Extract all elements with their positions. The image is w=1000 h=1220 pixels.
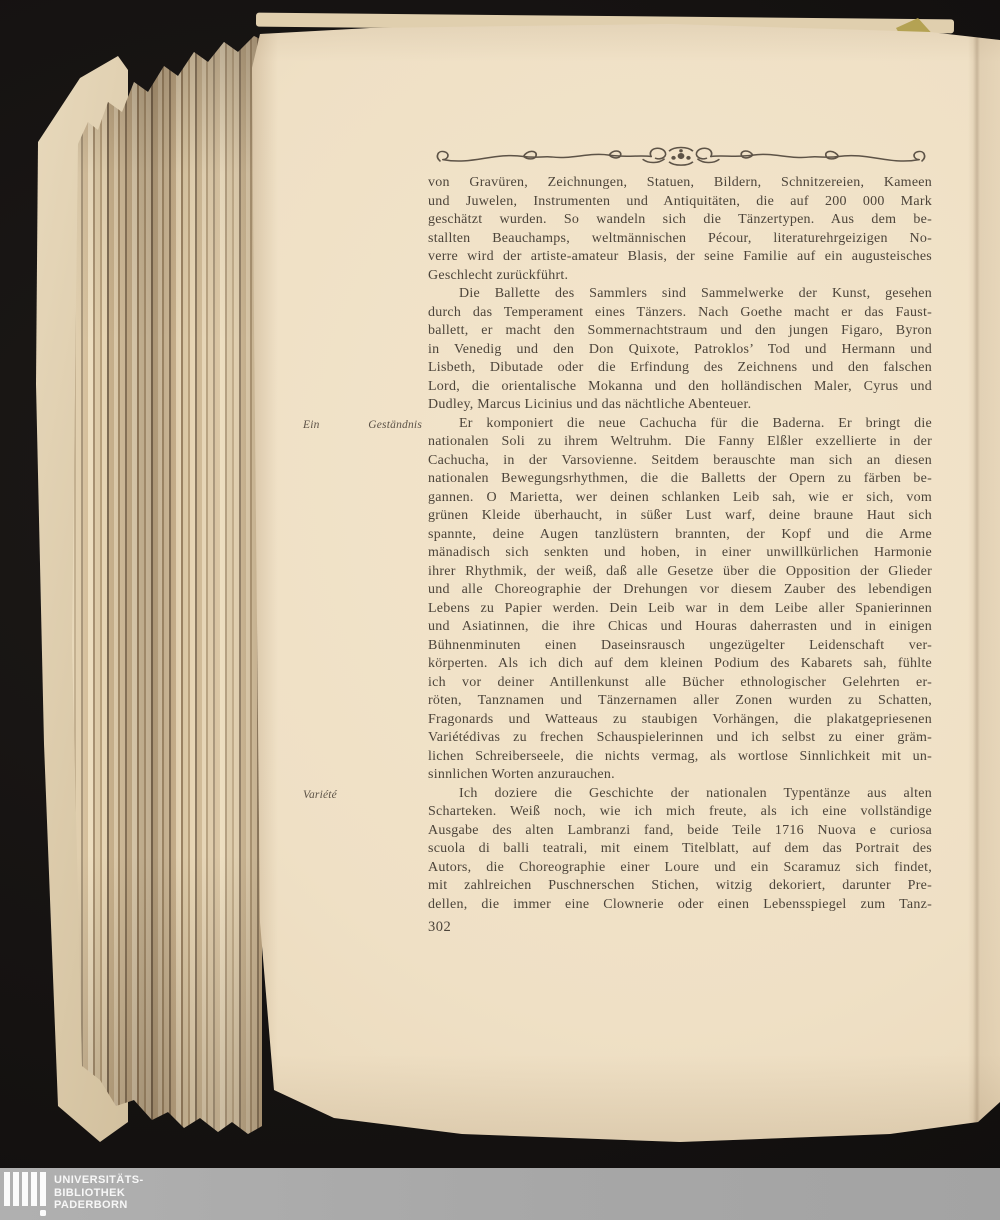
text-line: Lisbeth, Dibutade oder die Erfindung des… bbox=[428, 359, 932, 378]
text-line: lichen Schreiberseele, die nichts vermag… bbox=[428, 748, 932, 767]
text-line: Lord, die orientalische Mokanna und den … bbox=[428, 378, 932, 397]
text-line: ich vor deiner Antillenkunst alle Bücher… bbox=[428, 674, 932, 693]
paragraph: Er komponiert die neue Cachucha für die … bbox=[428, 415, 932, 785]
text-line: Variétédivas zu frechen Schauspielerinne… bbox=[428, 729, 932, 748]
text-line: durch das Temperament eines Tänzers. Nac… bbox=[428, 304, 932, 323]
logo-bar bbox=[13, 1172, 19, 1206]
text-line: und Juwelen, Instrumenten und Antiquität… bbox=[428, 193, 932, 212]
text-line: spannte, deine Augen tanzlüstern brannte… bbox=[428, 526, 932, 545]
text-line: Lebens zu Papier werden. Dein Leib war i… bbox=[428, 600, 932, 619]
text-line: ballett, er macht den Sommernachtstraum … bbox=[428, 322, 932, 341]
book-scan: von Gravüren, Zeichnungen, Statuen, Bild… bbox=[0, 0, 1000, 1220]
logo-bar bbox=[22, 1172, 28, 1206]
text-line: Geschlecht zurückführt. bbox=[428, 267, 932, 286]
text-line: Er komponiert die neue Cachucha für die … bbox=[428, 415, 932, 434]
text-line: Ich doziere die Geschichte der nationale… bbox=[428, 785, 932, 804]
text-line: scuola di balli teatrali, mit einem Tite… bbox=[428, 840, 932, 859]
text-line: verre wird der artiste-amateur Blasis, d… bbox=[428, 248, 932, 267]
margin-note: Ein Geständnis bbox=[272, 416, 422, 435]
text-line: sinnlichen Worten anzurauchen. bbox=[428, 766, 932, 785]
text-line: röten, Tanznamen und Tänzernamen aller Z… bbox=[428, 692, 932, 711]
paderborn-bars-icon bbox=[4, 1172, 50, 1218]
text-line: körperten. Als ich dich auf dem kleinen … bbox=[428, 655, 932, 674]
text-line: nationalen Bewegungsrhythmen, die die Ba… bbox=[428, 470, 932, 489]
text-line: Autors, die Choreographie einer Loure un… bbox=[428, 859, 932, 878]
library-banner: UNIVERSITÄTS- BIBLIOTHEK PADERBORN bbox=[0, 1168, 1000, 1220]
text-line: stallten Beauchamps, weltmännischen Péco… bbox=[428, 230, 932, 249]
book-page-edges bbox=[70, 24, 262, 1146]
paragraph: Ich doziere die Geschichte der nationale… bbox=[428, 785, 932, 915]
logo-bar bbox=[31, 1172, 37, 1206]
library-name-line: BIBLIOTHEK bbox=[54, 1187, 144, 1200]
logo-bar bbox=[4, 1172, 10, 1206]
text-line: geschätzt wurden. So wandeln sich die Tä… bbox=[428, 211, 932, 230]
head-flourish-ornament bbox=[432, 145, 930, 168]
book-page: von Gravüren, Zeichnungen, Statuen, Bild… bbox=[250, 22, 1000, 1144]
text-line: gannen. O Marietta, wer deinen schlanken… bbox=[428, 489, 932, 508]
paragraph: Die Ballette des Sammlers sind Sammelwer… bbox=[428, 285, 932, 415]
text-line: grünen Kleide überhaucht, in süßer Lust … bbox=[428, 507, 932, 526]
page-number: 302 bbox=[428, 919, 451, 936]
paragraph: von Gravüren, Zeichnungen, Statuen, Bild… bbox=[428, 174, 932, 285]
library-name-line: PADERBORN bbox=[54, 1199, 144, 1212]
text-line: Fragonards und Watteaus zu staubigen Vor… bbox=[428, 711, 932, 730]
text-line: Die Ballette des Sammlers sind Sammelwer… bbox=[428, 285, 932, 304]
text-line: mänadisch sich senkten und hoben, in ein… bbox=[428, 544, 932, 563]
logo-dot bbox=[40, 1210, 46, 1216]
text-line: ihrer Rhythmik, der weiß, daß alle Geset… bbox=[428, 563, 932, 582]
text-line: und Asiatinnen, die ihre Chicas und Hour… bbox=[428, 618, 932, 637]
text-line: mit zahlreichen Puschnerschen Stichen, w… bbox=[428, 877, 932, 896]
text-block: von Gravüren, Zeichnungen, Statuen, Bild… bbox=[428, 174, 932, 914]
library-name-line: UNIVERSITÄTS- bbox=[54, 1174, 144, 1187]
library-name: UNIVERSITÄTS- BIBLIOTHEK PADERBORN bbox=[54, 1174, 144, 1212]
text-line: nationalen Soli zu ihrem Weltruhm. Die F… bbox=[428, 433, 932, 452]
text-line: Cachucha, in der Varsovienne. Seitdem be… bbox=[428, 452, 932, 471]
margin-note: Variété bbox=[272, 786, 422, 805]
text-line: Scharteken. Weiß noch, wie ich mich freu… bbox=[428, 803, 932, 822]
text-line: Bühnenminuten einen Daseinsrausch ungezü… bbox=[428, 637, 932, 656]
text-line: von Gravüren, Zeichnungen, Statuen, Bild… bbox=[428, 174, 932, 193]
text-line: dellen, die immer eine Clownerie oder ei… bbox=[428, 896, 932, 915]
text-line: Ausgabe des alten Lambranzi fand, beide … bbox=[428, 822, 932, 841]
text-line: Dudley, Marcus Licinius und das nächtlic… bbox=[428, 396, 932, 415]
text-line: in Venedig und den Don Quixote, Patroklo… bbox=[428, 341, 932, 360]
text-line: und alle Choreographie der Drehungen vor… bbox=[428, 581, 932, 600]
logo-bar bbox=[40, 1172, 46, 1206]
